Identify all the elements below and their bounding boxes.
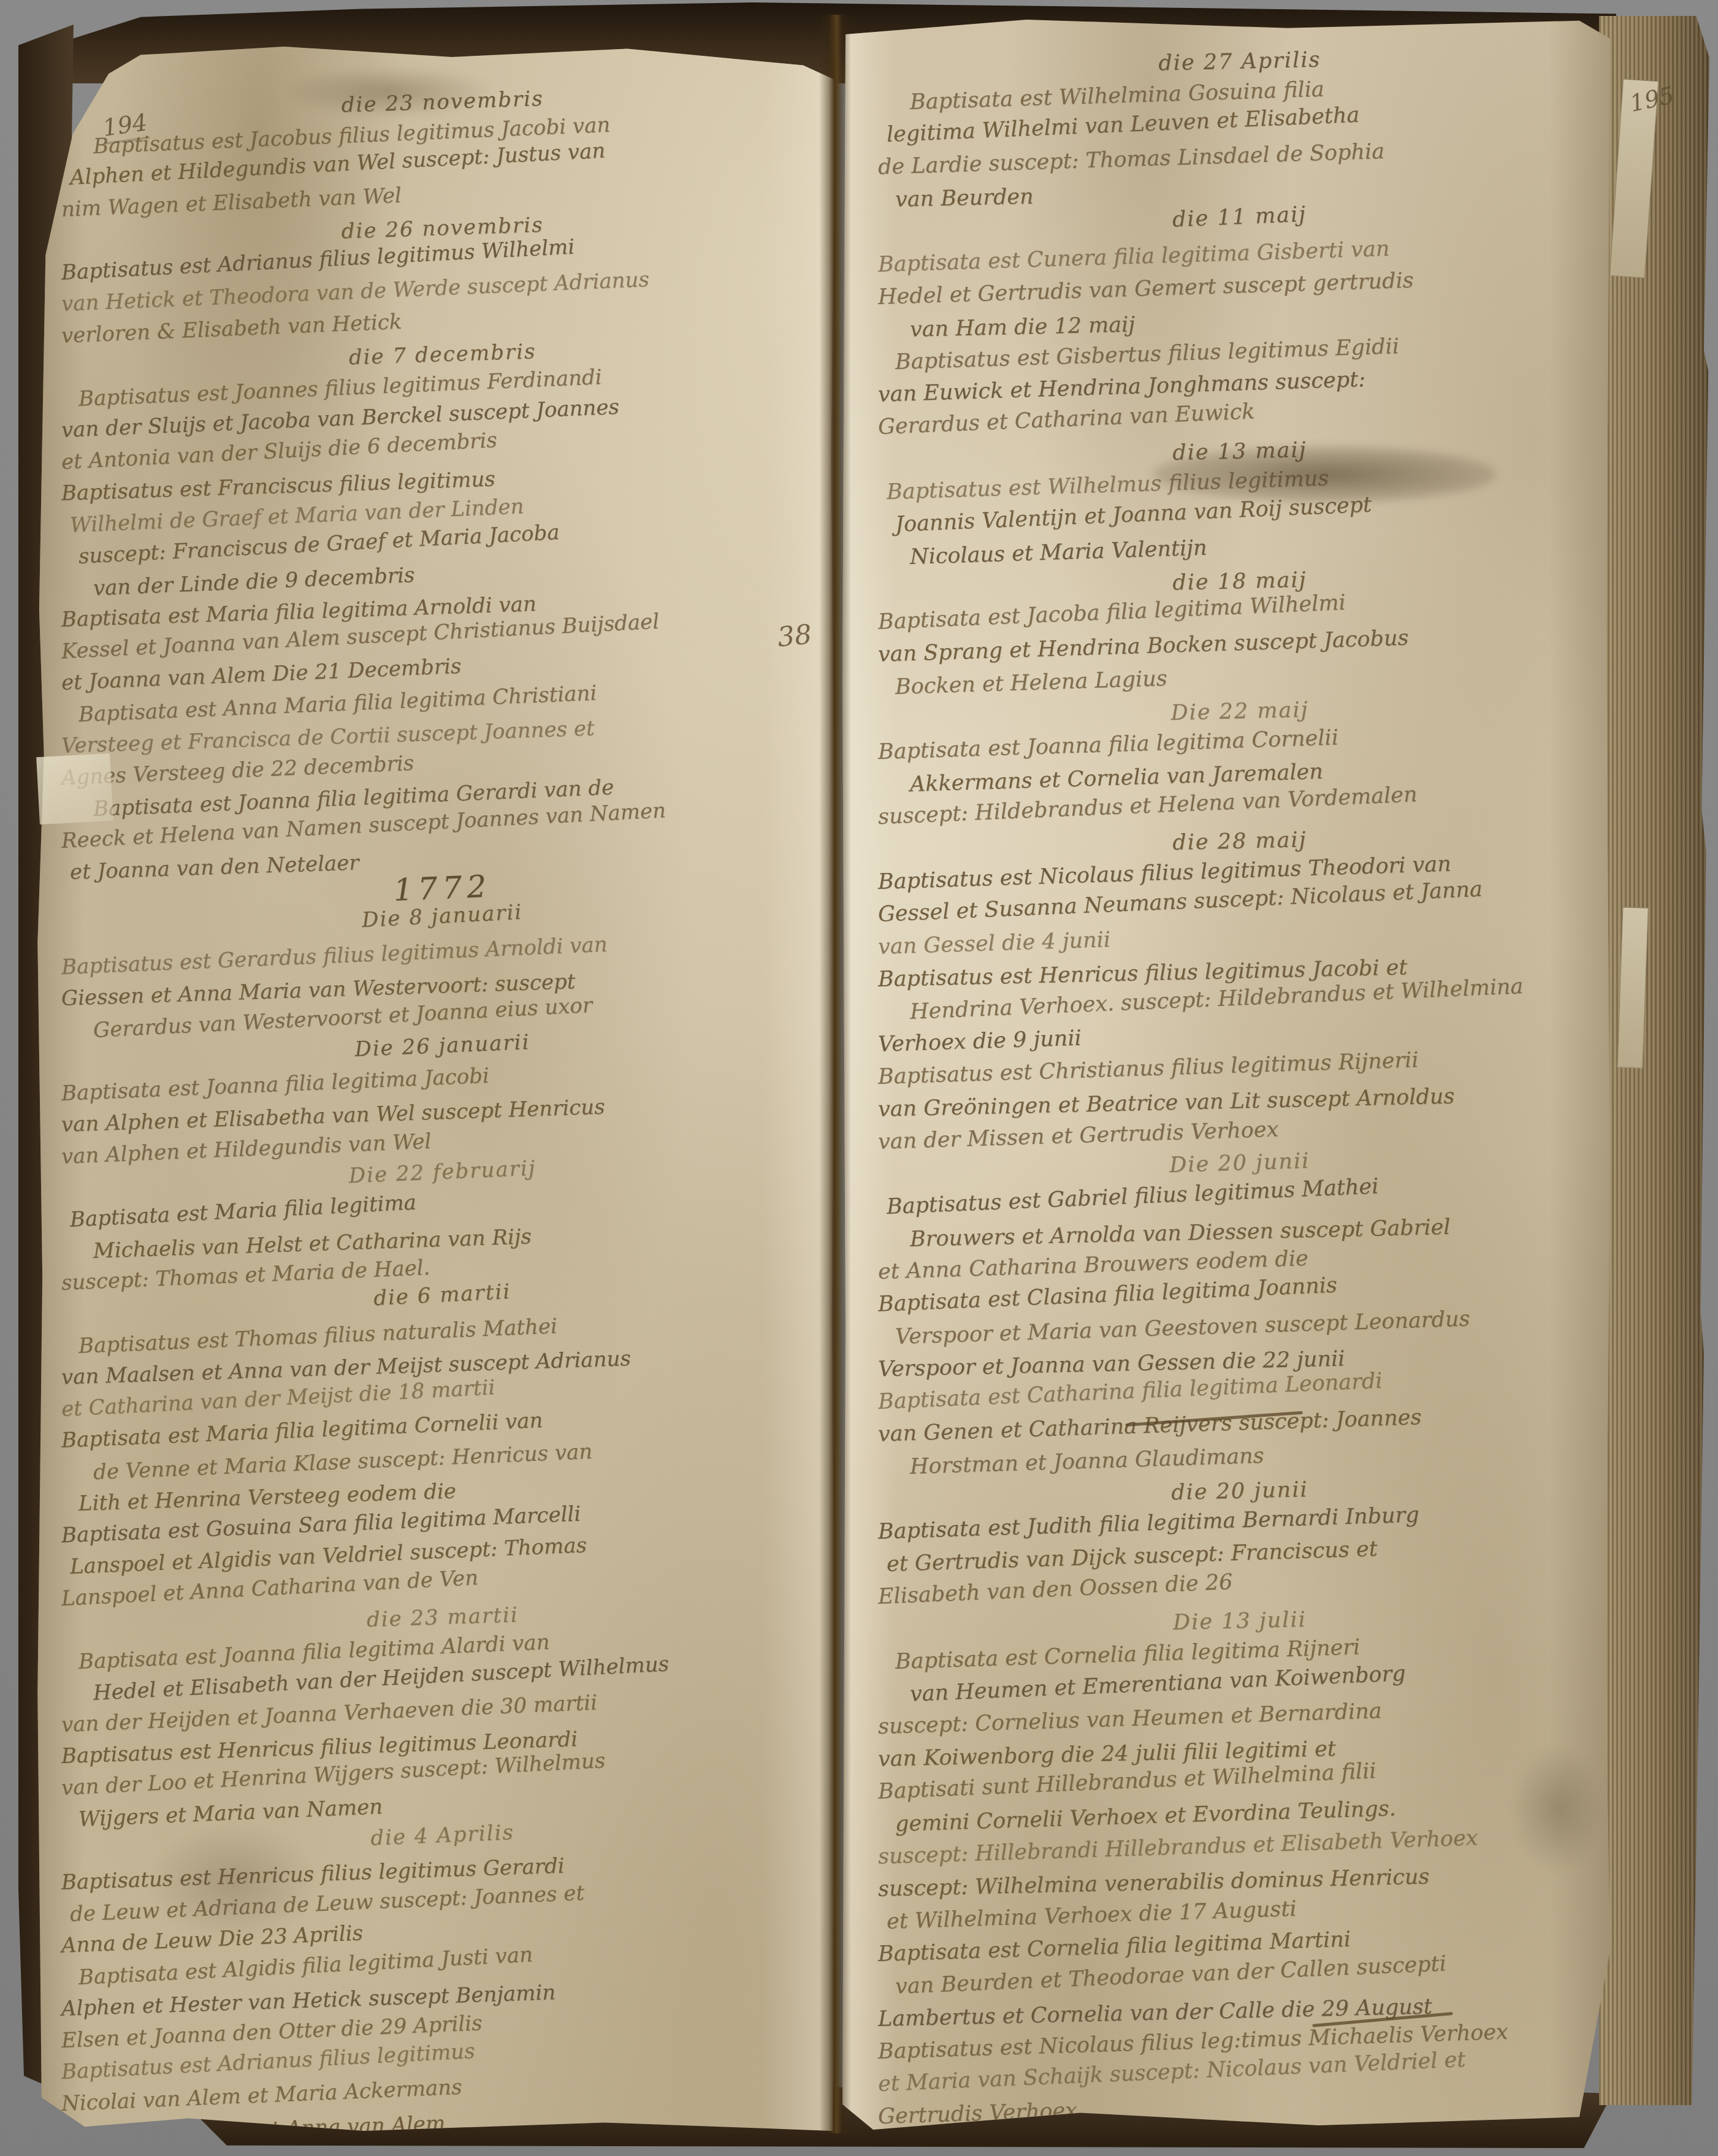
paper-stain [1514, 1747, 1600, 1870]
book-fore-edge [1599, 16, 1709, 2105]
manuscript-photo: die 23 novembrisBaptisatus est Jacobus f… [0, 0, 1718, 2156]
margin-note: 38 [776, 619, 813, 653]
paper-repair-fragment [36, 753, 113, 825]
paper-stain [153, 1827, 313, 1937]
ink-smudge [288, 67, 491, 116]
left-page-text: die 23 novembrisBaptisatus est Jacobus f… [61, 99, 824, 2125]
book-gutter-shadow [819, 15, 851, 2133]
page-number-left: 194 [101, 109, 150, 145]
left-page: die 23 novembrisBaptisatus est Jacobus f… [37, 47, 835, 2131]
right-page-text: die 27 AprilisBaptisata est Wilhelmina G… [878, 54, 1602, 2124]
ink-smudge [1153, 446, 1496, 503]
right-page: die 27 AprilisBaptisata est Wilhelmina G… [842, 20, 1610, 2130]
